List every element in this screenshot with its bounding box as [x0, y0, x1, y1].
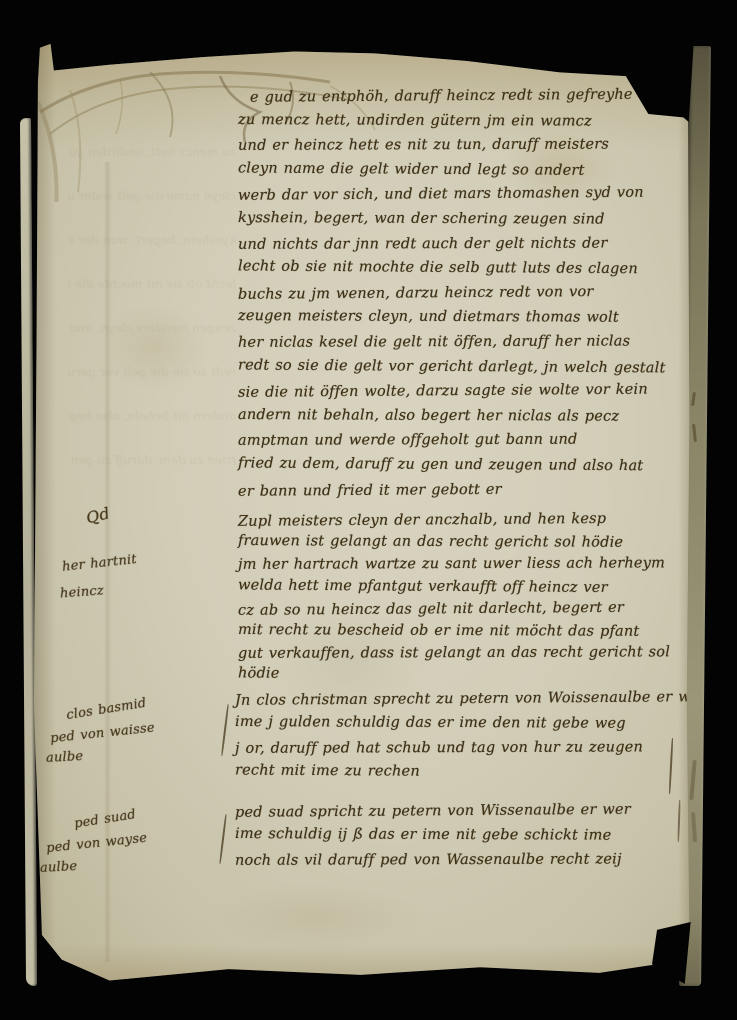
bleedthrough-line: kysshein, begert, wan der schering zeuge… [68, 218, 236, 262]
manuscript-line: amptman und werde offgeholt gut bann und [238, 428, 698, 454]
margin-note: ped suad [73, 807, 137, 832]
manuscript-line: andern nit behaln, also begert her nicla… [238, 403, 698, 430]
paper-stain [210, 882, 430, 952]
margin-note: aulbe [46, 749, 84, 766]
manuscript-line: ime schuldig ij ß das er ime nit gebe sc… [235, 822, 695, 848]
manuscript-line: sie die nit öffen wolte, darzu sagte sie… [238, 377, 698, 405]
manuscript-line: und nichts dar jnn redt auch der gelt ni… [238, 231, 698, 257]
manuscript-page: zu mencz hett, undirden gütern jm ein wa… [30, 42, 692, 990]
manuscript-line: lecht ob sie nit mochte die selb gutt lu… [238, 255, 698, 283]
manuscript-line: hödie [238, 663, 698, 688]
text-paragraph-1: e gud zu entphöh, daruff heincz redt sin… [238, 84, 698, 502]
bleedthrough-line: zeugen meisters cleyn, und dietmars thom… [68, 306, 236, 350]
margin-note: ped von wayse [45, 831, 147, 857]
margin-divider-stroke [219, 814, 227, 864]
manuscript-line: und er heincz hett es nit zu tun, daruff… [238, 132, 698, 158]
manuscript-line: ime j gulden schuldig das er ime den nit… [235, 710, 695, 736]
manuscript-line: frauwen ist gelangt an das recht gericht… [238, 530, 698, 554]
bleedthrough-line: andern nit behaln, also begert her nicla… [68, 394, 236, 438]
text-paragraph-3: Jn clos christman sprecht zu petern von … [235, 687, 695, 785]
manuscript-line: j or, daruff ped hat schub und tag von h… [235, 735, 695, 761]
bleedthrough-line: fried zu dem, daruff zu gen und zeugen u… [68, 438, 236, 482]
bleedthrough-line: redt so sie die gelt vor gericht darlegt… [68, 350, 236, 394]
manuscript-line: ped suad spricht zu petern von Wissenaul… [235, 797, 695, 825]
manuscript-line: e gud zu entphöh, daruff heincz redt sin… [238, 82, 698, 110]
bleedthrough-line: zu mencz hett, undirden gütern jm ein wa… [68, 130, 236, 174]
manuscript-line: welda hett ime pfantgut verkaufft off he… [238, 574, 698, 599]
manuscript-line: mit recht zu bescheid ob er ime nit möch… [238, 619, 698, 643]
text-paragraph-2: Zupl meisters cleyn der anczhalb, und he… [238, 509, 698, 687]
manuscript-line: werb dar vor sich, und diet mars thomash… [238, 181, 698, 209]
manuscript-line: er bann und fried it mer gebott er [238, 476, 698, 504]
margin-note: ped von waisse [50, 721, 156, 747]
manuscript-line: Zupl meisters cleyn der anczhalb, und he… [238, 507, 698, 533]
manuscript-line: gut verkauffen, dass ist gelangt an das … [238, 641, 698, 665]
verso-bleedthrough: zu mencz hett, undirden gütern jm ein wa… [68, 130, 236, 510]
manuscript-line: fried zu dem, daruff zu gen und zeugen u… [238, 451, 698, 479]
manuscript-line: kysshein, begert, wan der schering zeuge… [238, 206, 698, 233]
manuscript-line: cz ab so nu heincz das gelt nit darlecht… [238, 596, 698, 622]
margin-note: heincz [60, 583, 105, 601]
manuscript-line: zeugen meisters cleyn, und dietmars thom… [238, 304, 698, 331]
manuscript-line: redt so sie die gelt vor gericht darlegt… [238, 353, 698, 381]
manuscript-line: Jn clos christman sprecht zu petern von … [235, 685, 695, 713]
manuscript-line: zu mencz hett, undirden gütern jm ein wa… [238, 108, 698, 135]
manuscript-line: buchs zu jm wenen, darzu heincz redt von… [238, 279, 698, 307]
text-paragraph-4: ped suad spricht zu petern von Wissenaul… [235, 799, 695, 872]
left-leaf-edge [20, 118, 37, 986]
manuscript-line: jm her hartrach wartze zu sant uwer lies… [238, 553, 698, 577]
margin-note: her hartnit [61, 552, 137, 575]
bleedthrough-line: cleyn name die gelt wider und legt so an… [68, 174, 236, 218]
manuscript-line: recht mit ime zu rechen [235, 759, 695, 787]
bleedthrough-line: lecht ob sie nit mochte die selb gutt lu… [68, 262, 236, 306]
margin-note: aulbe [40, 859, 78, 876]
manuscript-line: noch als vil daruff ped von Wassenaulbe … [235, 847, 695, 873]
manuscript-photo: zu mencz hett, undirden gütern jm ein wa… [0, 0, 737, 1020]
manuscript-line: her niclas kesel die gelt nit öffen, dar… [238, 329, 698, 355]
page-bottom-discoloration [30, 944, 692, 990]
margin-divider-stroke [221, 704, 229, 756]
margin-note: clos basmid [65, 696, 147, 723]
margin-note: Qd [84, 503, 112, 527]
